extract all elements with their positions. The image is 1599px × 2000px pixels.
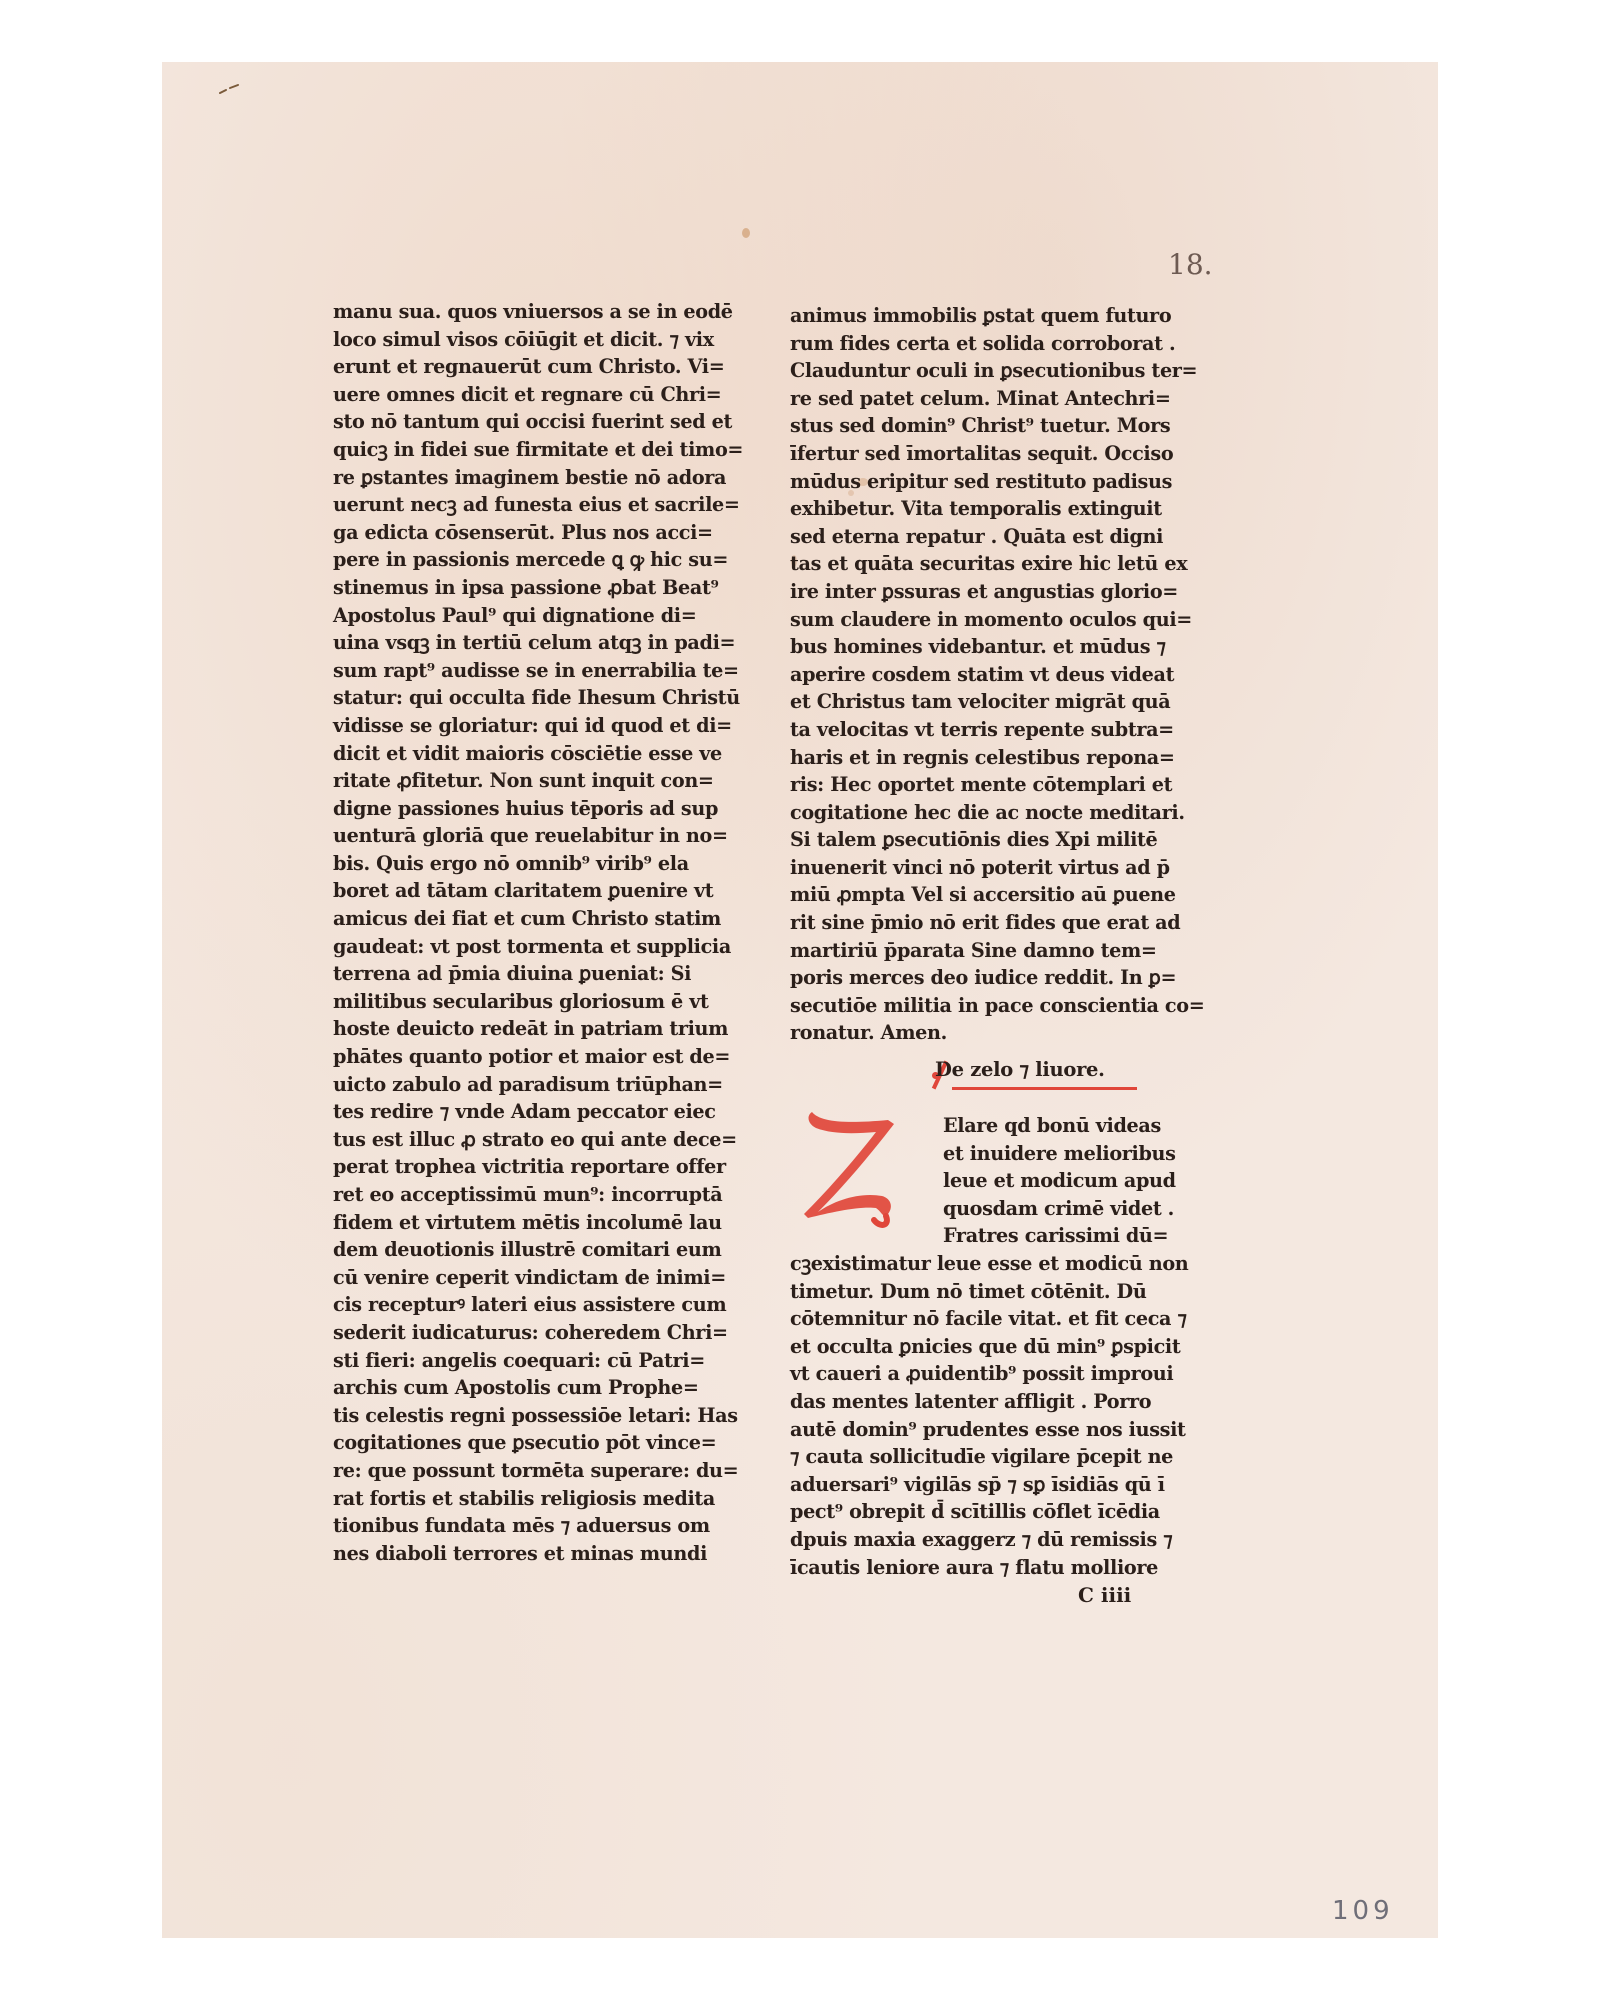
text-line: perat trophea victritia reportare offer (333, 1153, 729, 1181)
text-line: dpuis maxia exaggerz ⁊ dū remissis ⁊ (790, 1526, 1188, 1554)
right-text-column: animus immobilis ꝑstat quem futuro rum f… (790, 302, 1190, 1047)
text-line: cū venire ceperit vindictam de inimi= (333, 1264, 729, 1292)
text-line: sto nō tantum qui occisi fuerint sed et (333, 408, 729, 436)
text-line: manu sua. quos vniuersos a se in eodē (333, 298, 729, 326)
signature-mark: C iiii (1078, 1583, 1131, 1607)
text-line: et Christus tam velociter migrāt quā (790, 688, 1190, 716)
text-line: tionibus fundata mēs ⁊ aduersus om (333, 1512, 729, 1540)
text-line: boret ad tātam claritatem ꝑuenire vt (333, 877, 729, 905)
text-line: stus sed domin⁹ Christ⁹ tuetur. Mors (790, 412, 1190, 440)
text-line: militibus secularibus gloriosum ē vt (333, 988, 729, 1016)
text-line: leue et modicum apud (943, 1167, 1176, 1195)
folio-number: 18. (1168, 248, 1213, 281)
ink-mark (218, 83, 242, 95)
text-line: ronatur. Amen. (790, 1019, 1190, 1047)
left-text-column: manu sua. quos vniuersos a se in eodē lo… (333, 298, 729, 1567)
text-line: aperire cosdem statim vt deus videat (790, 661, 1190, 689)
text-line: uicto zabulo ad paradisum triūphan= (333, 1071, 729, 1099)
text-line: sederit iudicaturus: coheredem Chri= (333, 1319, 729, 1347)
rubric-underline (952, 1087, 1137, 1090)
text-line: quicꝫ in fidei sue firmitate et dei timo… (333, 436, 729, 464)
text-line: cogitatione hec die ac nocte meditari. (790, 799, 1190, 827)
text-line: bus homines videbantur. et mūdus ⁊ (790, 633, 1190, 661)
text-line: digne passiones huius tēporis ad sup (333, 795, 729, 823)
text-line: vidisse se gloriatur: qui id quod et di= (333, 712, 729, 740)
text-line: Apostolus Paul⁹ qui dignatione di= (333, 602, 729, 630)
text-line: Elare qd bonū videas (943, 1112, 1176, 1140)
text-line: re sed patet celum. Minat Antechri= (790, 385, 1190, 413)
text-line: tis celestis regni possessiōe letari: Ha… (333, 1402, 729, 1430)
text-line: rit sine p̄mio nō erit fides que erat ad (790, 909, 1190, 937)
text-line: ⁊ cauta sollicitudīe vigilare p̄cepit ne (790, 1443, 1188, 1471)
text-line: statur: qui occulta fide Ihesum Christū (333, 684, 729, 712)
text-line: poris merces deo iudice reddit. In ꝑ= (790, 964, 1190, 992)
initial-indented-text: Elare qd bonū videas et inuidere meliori… (943, 1112, 1176, 1250)
text-line: cogitationes que ꝑsecutio pōt vince= (333, 1429, 729, 1457)
text-line: īcautis leniore aura ⁊ flatu molliore (790, 1554, 1188, 1582)
text-line: uerunt necꝫ ad funesta eius et sacrile= (333, 491, 729, 519)
text-line: timetur. Dum nō timet cōtēnit. Dū (790, 1278, 1188, 1306)
text-line: exhibetur. Vita temporalis extinguit (790, 495, 1190, 523)
text-line: erunt et regnauerūt cum Christo. Vi= (333, 353, 729, 381)
text-line: aduersari⁹ vigilās sp̄ ⁊ sꝑ īsidiās qū ī (790, 1471, 1188, 1499)
text-line: ga edicta cōsenserūt. Plus nos acci= (333, 519, 729, 547)
inventory-number: 109 (1332, 1896, 1394, 1926)
text-line: cꝫexistimatur leue esse et modicū non (790, 1250, 1188, 1278)
text-line: ritate ꝓfitetur. Non sunt inquit con= (333, 767, 729, 795)
text-line: pect⁹ obrepit d̄ scītillis cōflet īcēdia (790, 1498, 1188, 1526)
text-line: sum rapt⁹ audisse se in enerrabilia te= (333, 657, 729, 685)
text-line: quosdam crimē videt . (943, 1195, 1176, 1223)
text-line: dem deuotionis illustrē comitari eum (333, 1236, 729, 1264)
text-line: animus immobilis ꝑstat quem futuro (790, 302, 1190, 330)
text-line: ris: Hec oportet mente cōtemplari et (790, 771, 1190, 799)
text-line: uina vsqꝫ in tertiū celum atqꝫ in padi= (333, 629, 729, 657)
text-line: phātes quanto potior et maior est de= (333, 1043, 729, 1071)
text-line: et inuidere melioribus (943, 1140, 1176, 1168)
text-line: inuenerit vinci nō poterit virtus ad p̄ (790, 854, 1190, 882)
text-line: uenturā gloriā que reuelabitur in no= (333, 822, 729, 850)
text-line: archis cum Apostolis cum Prophe= (333, 1374, 729, 1402)
text-line: mūdus eripitur sed restituto padisus (790, 468, 1190, 496)
text-line: nes diaboli terrores et minas mundi (333, 1540, 729, 1568)
foxing-spot (742, 228, 750, 238)
text-line: secutiōe militia in pace conscientia co= (790, 992, 1190, 1020)
text-line: ire inter ꝑssuras et angustias glorio= (790, 578, 1190, 606)
text-line: Fratres carissimi dū= (943, 1222, 1176, 1250)
text-line: sum claudere in momento oculos qui= (790, 606, 1190, 634)
text-line: ret eo acceptissimū mun⁹: incorruptā (333, 1181, 729, 1209)
text-line: dicit et vidit maioris cōsciētie esse ve (333, 740, 729, 768)
text-line: hoste deuicto redeāt in patriam trium (333, 1015, 729, 1043)
text-line: gaudeat: vt post tormenta et supplicia (333, 933, 729, 961)
text-line: haris et in regnis celestibus repona= (790, 744, 1190, 772)
text-line: amicus dei fiat et cum Christo statim (333, 905, 729, 933)
text-line: rat fortis et stabilis religiosis medita (333, 1485, 729, 1513)
text-line: miū ꝓmpta Vel si accersitio aū ꝑuene (790, 881, 1190, 909)
text-line: rum fides certa et solida corroborat . (790, 330, 1190, 358)
text-line: fidem et virtutem mētis incolumē lau (333, 1209, 729, 1237)
text-line: ta velocitas vt terris repente subtra= (790, 716, 1190, 744)
text-line: īfertur sed īmortalitas sequit. Occiso (790, 440, 1190, 468)
text-line: martiriū p̄parata Sine damno tem= (790, 937, 1190, 965)
text-line: Clauduntur oculi in ꝑsecutionibus ter= (790, 357, 1190, 385)
text-line: et occulta ꝑnicies que dū min⁹ ꝑspicit (790, 1333, 1188, 1361)
text-line: das mentes latenter affligit . Porro (790, 1388, 1188, 1416)
decorated-initial-z (790, 1100, 915, 1235)
text-line: cis recepturꝰ lateri eius assistere cum (333, 1291, 729, 1319)
text-line: re ꝑstantes imaginem bestie nō adora (333, 464, 729, 492)
text-line: terrena ad p̄mia diuina ꝑueniat: Si (333, 960, 729, 988)
text-line: stinemus in ipsa passione ꝓbat Beat⁹ (333, 574, 729, 602)
text-line: pere in passionis mercede ꝗ ꝙ hic su= (333, 546, 729, 574)
text-line: Si talem ꝑsecutiōnis dies Xpi militē (790, 826, 1190, 854)
text-line: vt caueri a ꝓuidentib⁹ possit improui (790, 1360, 1188, 1388)
text-line: cōtemnitur nō facile vitat. et fit ceca … (790, 1305, 1188, 1333)
text-line: sed eterna repatur . Quāta est digni (790, 523, 1190, 551)
text-line: sti fieri: angelis coequari: cū Patri= (333, 1347, 729, 1375)
section-heading: De zelo ⁊ liuore. (935, 1058, 1105, 1081)
text-line: tes redire ⁊ vnde Adam peccator eiec (333, 1098, 729, 1126)
text-line: tas et quāta securitas exire hic letū ex (790, 550, 1190, 578)
text-line: autē domin⁹ prudentes esse nos iussit (790, 1416, 1188, 1444)
chapter-body-text: cꝫexistimatur leue esse et modicū non ti… (790, 1250, 1188, 1581)
text-line: loco simul visos cōiūgit et dicit. ⁊ vix (333, 326, 729, 354)
text-line: uere omnes dicit et regnare cū Chri= (333, 381, 729, 409)
text-line: bis. Quis ergo nō omnib⁹ virib⁹ ela (333, 850, 729, 878)
text-line: tus est illuc ꝓ strato eo qui ante dece= (333, 1126, 729, 1154)
text-line: re: que possunt tormēta superare: du= (333, 1457, 729, 1485)
